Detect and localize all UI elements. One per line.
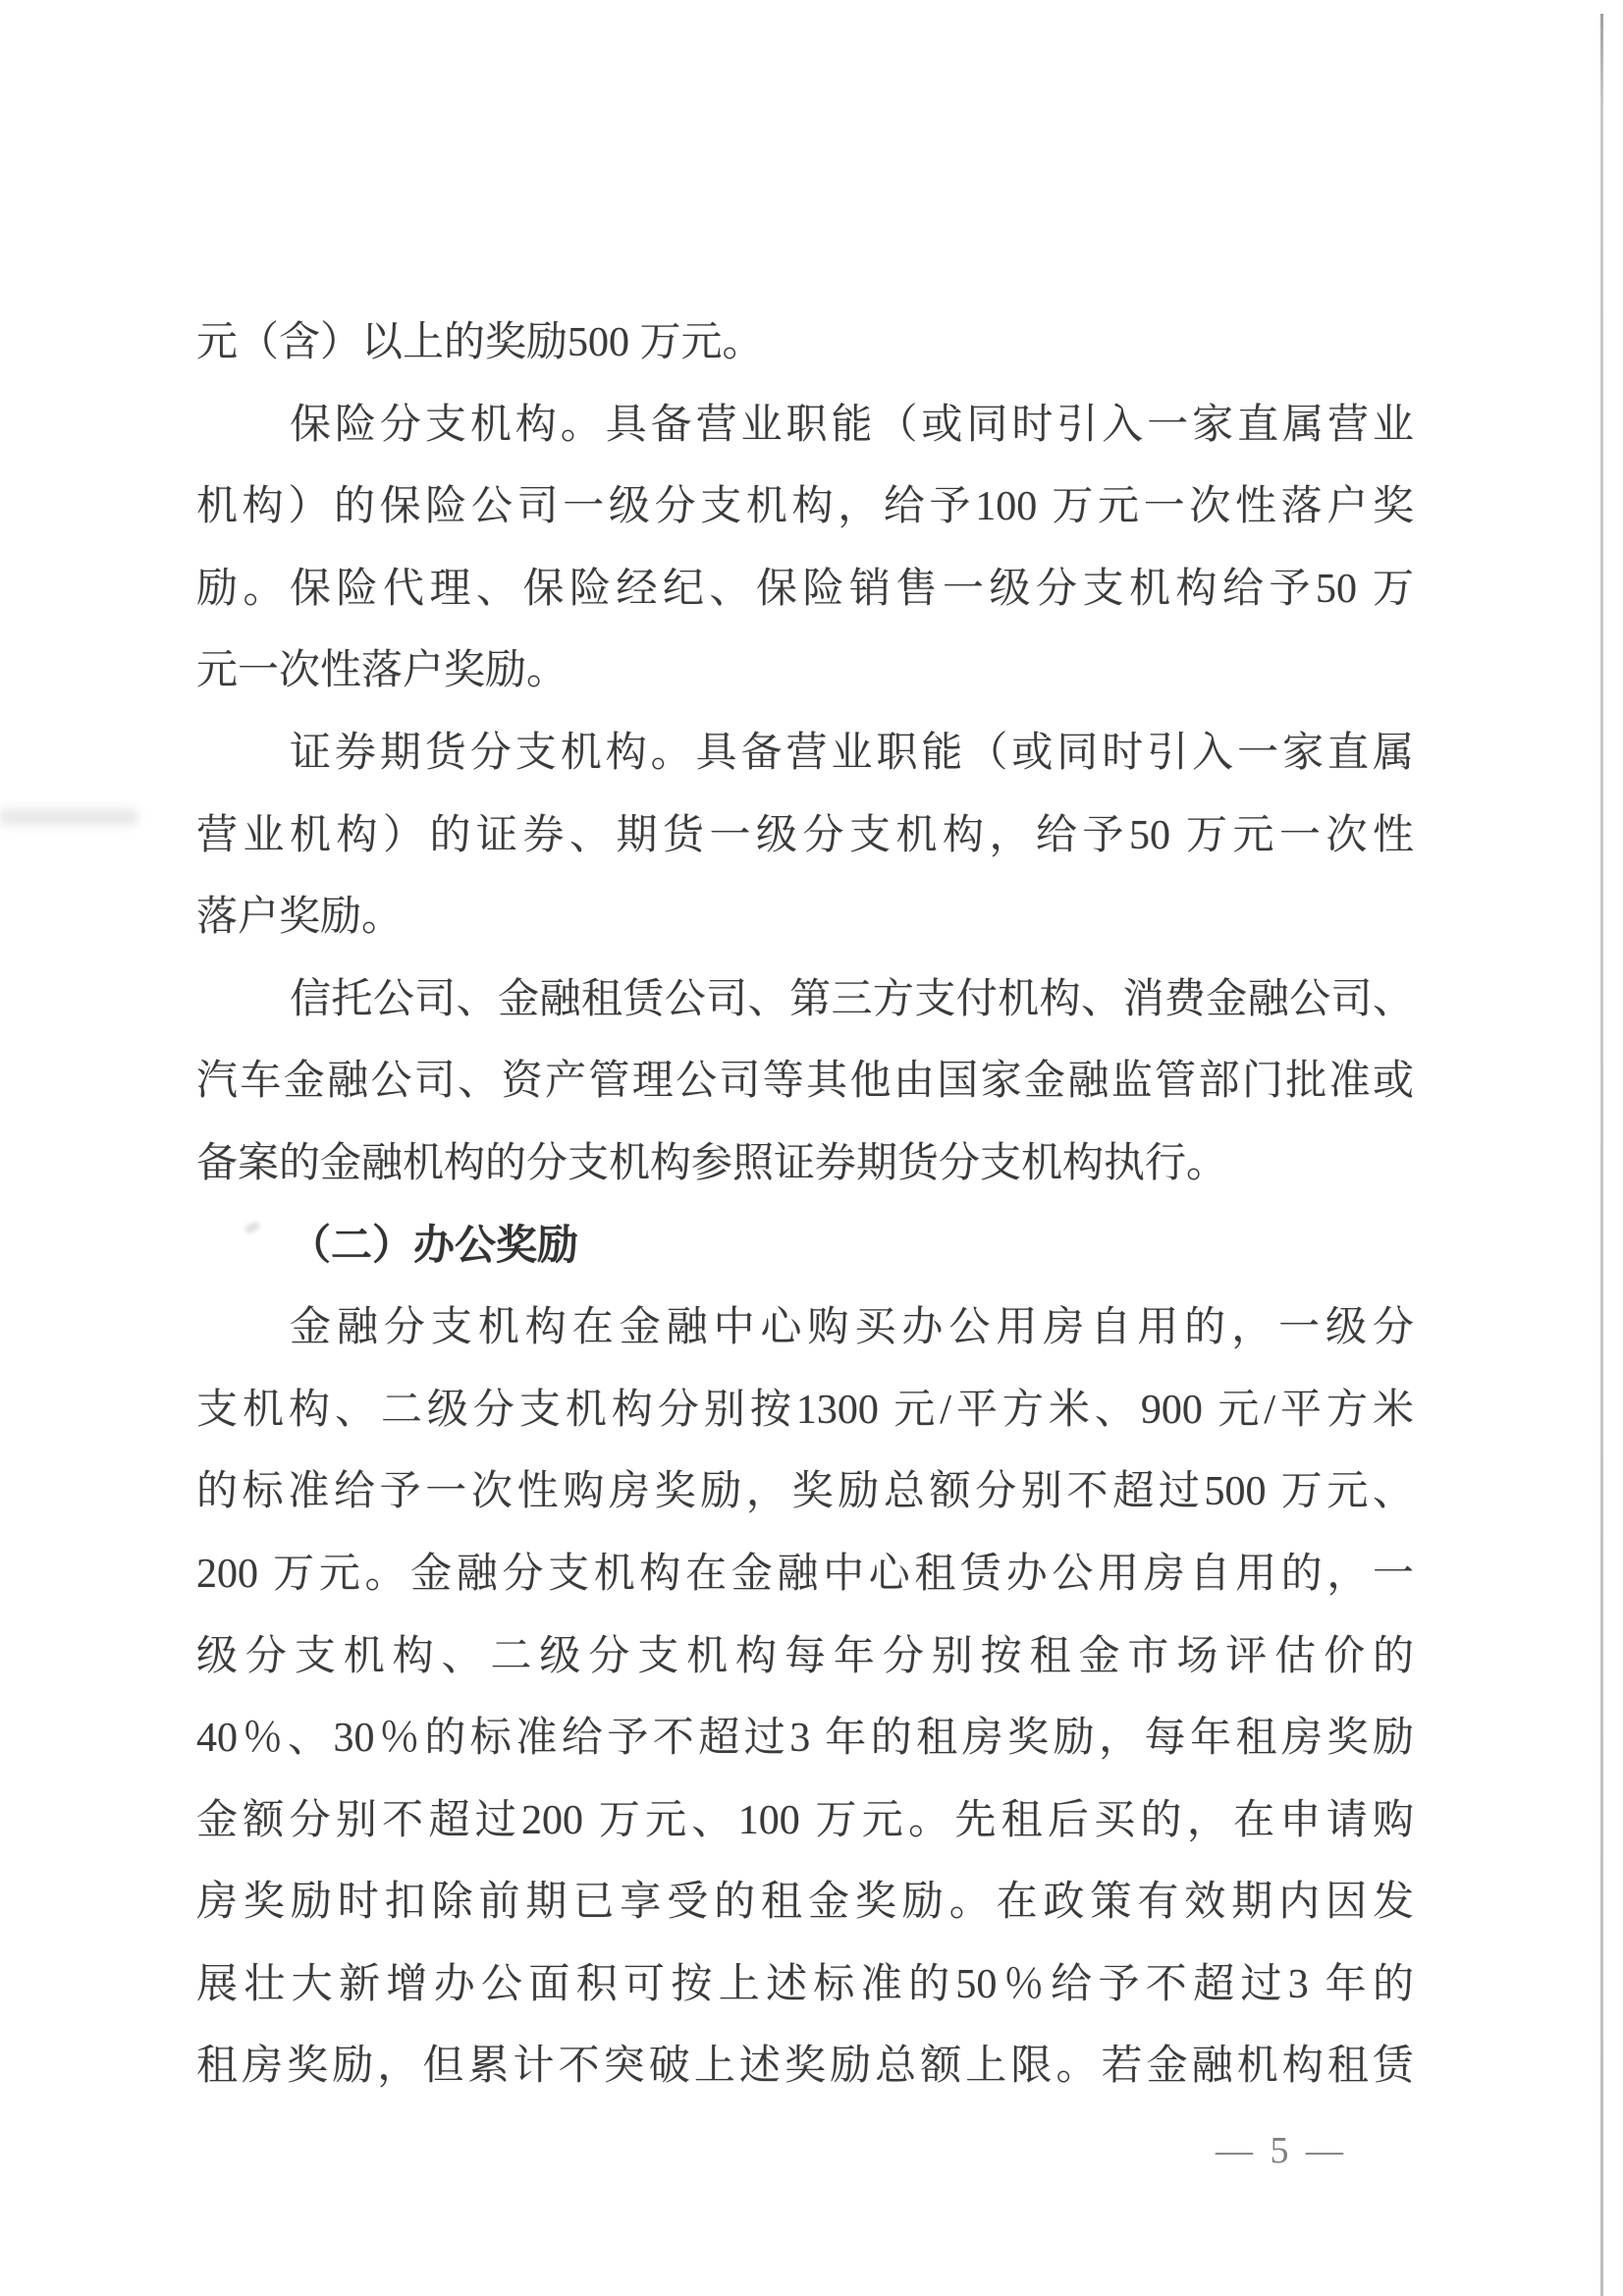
text-line: 支机构、二级分支机构分别按1300 元/平方米、900 元/平方米 xyxy=(196,1370,1414,1452)
text-line: 机构）的保险公司一级分支机构，给予100 万元一次性落户奖 xyxy=(196,466,1414,549)
text-line: 金融分支机构在金融中心购买办公用房自用的，一级分 xyxy=(196,1287,1414,1370)
scan-artifact-line xyxy=(1600,14,1603,2296)
text-line: 租房奖励，但累计不突破上述奖励总额上限。若金融机构租赁 xyxy=(196,2026,1414,2108)
text-line: 展壮大新增办公面积可按上述标准的50％给予不超过3 年的 xyxy=(196,1944,1414,2027)
text-line: 备案的金融机构的分支机构参照证券期货分支机构执行。 xyxy=(196,1123,1414,1206)
text-line: 元（含）以上的奖励500 万元。 xyxy=(196,302,1414,385)
text-line: 落户奖励。 xyxy=(196,877,1414,959)
text-line: 的标准给予一次性购房奖励，奖励总额分别不超过500 万元、 xyxy=(196,1451,1414,1534)
scan-smudge xyxy=(0,809,137,825)
text-line: 200 万元。金融分支机构在金融中心租赁办公用房自用的，一 xyxy=(196,1534,1414,1616)
document-page: 元（含）以上的奖励500 万元。 保险分支机构。具备营业职能（或同时引入一家直属… xyxy=(0,0,1623,2296)
text-line: 保险分支机构。具备营业职能（或同时引入一家直属营业 xyxy=(196,385,1414,467)
text-line: 证券期货分支机构。具备营业职能（或同时引入一家直属 xyxy=(196,713,1414,795)
text-line: 营业机构）的证券、期货一级分支机构，给予50 万元一次性 xyxy=(196,795,1414,878)
text-line: 信托公司、金融租赁公司、第三方支付机构、消费金融公司、 xyxy=(196,959,1414,1042)
section-heading: （二）办公奖励 xyxy=(196,1206,1414,1288)
document-text-block: 元（含）以上的奖励500 万元。 保险分支机构。具备营业职能（或同时引入一家直属… xyxy=(196,302,1414,2108)
page-number: — 5 — xyxy=(1178,2121,1384,2180)
text-line: 励。保险代理、保险经纪、保险销售一级分支机构给予50 万 xyxy=(196,549,1414,631)
text-line: 40％、30％的标准给予不超过3 年的租房奖励，每年租房奖励 xyxy=(196,1698,1414,1780)
text-line: 房奖励时扣除前期已享受的租金奖励。在政策有效期内因发 xyxy=(196,1862,1414,1944)
text-line: 元一次性落户奖励。 xyxy=(196,630,1414,713)
text-line: 汽车金融公司、资产管理公司等其他由国家金融监管部门批准或 xyxy=(196,1041,1414,1123)
text-line: 金额分别不超过200 万元、100 万元。先租后买的，在申请购 xyxy=(196,1780,1414,1863)
text-line: 级分支机构、二级分支机构每年分别按租金市场评估价的 xyxy=(196,1616,1414,1699)
